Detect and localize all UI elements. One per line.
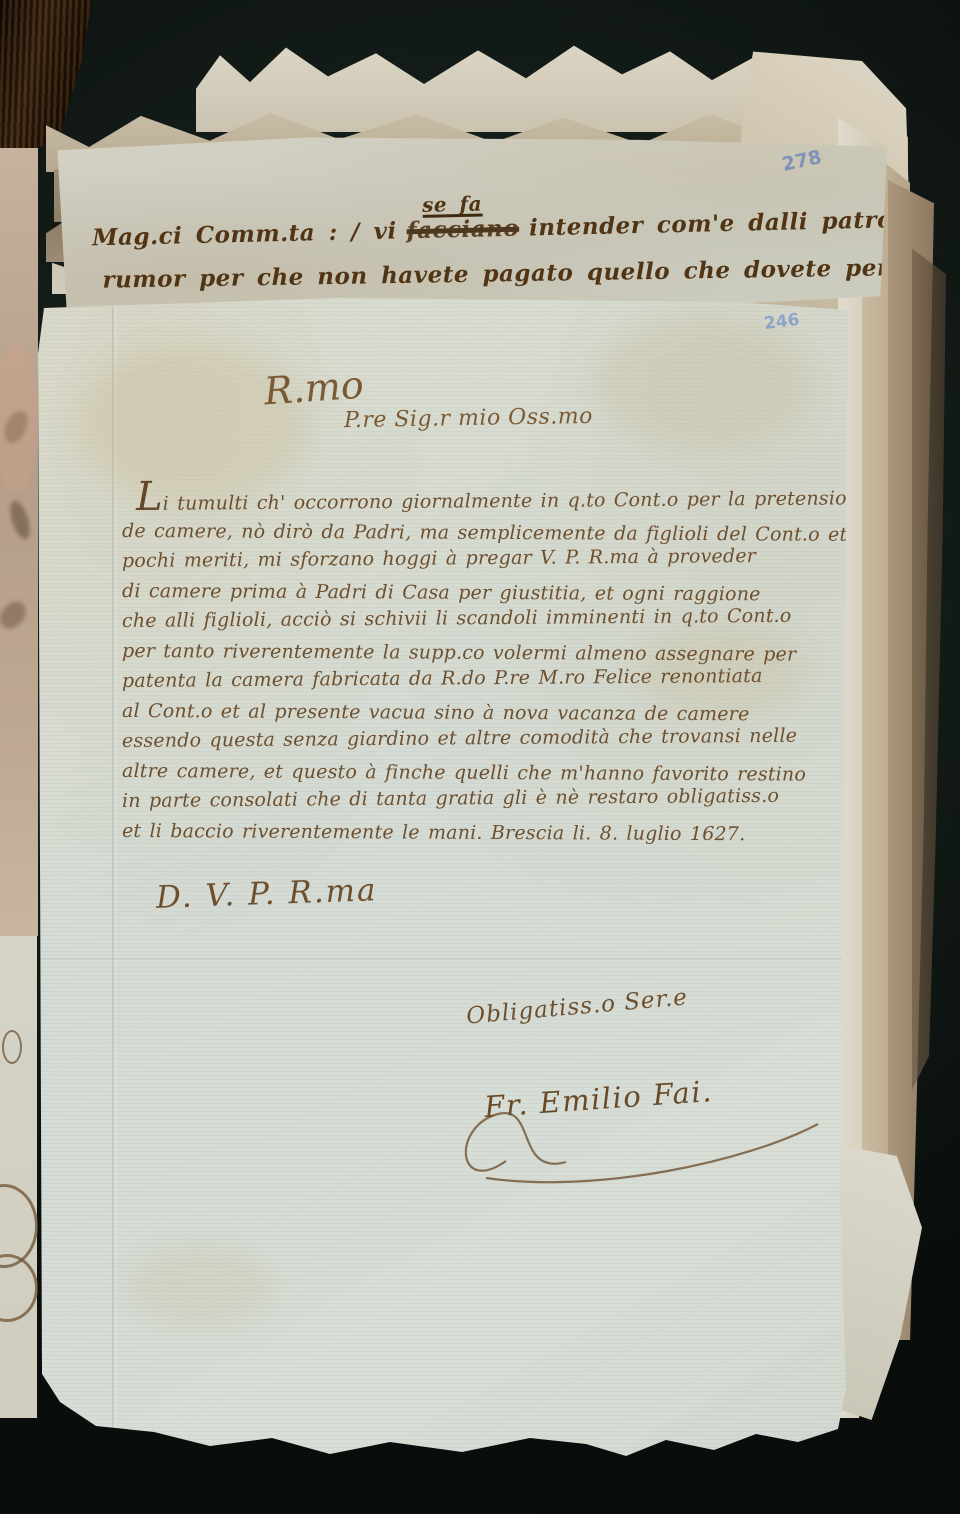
letter-closing: Obligatiss.o Ser.e — [465, 984, 689, 1029]
letter-salutation-initial: R.mo — [263, 363, 365, 414]
letter-body-line: Li tumulti ch' occorrono giornalmente in… — [136, 480, 838, 516]
page-stack-right-edges — [838, 110, 960, 1425]
letter-body-line: patenta la camera fabricata da R.do P.re… — [122, 660, 838, 696]
struck-word: facciano — [406, 215, 519, 245]
letter-salutation: P.re Sig.r mio Oss.mo — [344, 404, 593, 433]
folio-number-246: 246 — [763, 310, 801, 334]
underpage-ink-flourish — [2, 1030, 22, 1064]
ink-bleedthrough-mark — [6, 499, 34, 542]
letter-body-line: in parte consolati che di tanta gratia g… — [122, 780, 838, 816]
letter-valediction: D. V. P. R.ma — [155, 872, 378, 916]
inserted-word: se fa — [422, 194, 483, 218]
letter-page: 246 R.mo P.re Sig.r mio Oss.mo Li tumult… — [38, 294, 850, 1468]
letter-body-line: et li baccio riverentemente le mani. Bre… — [122, 816, 838, 850]
annotation-slip: Mag.ci Comm.ta : / vise fafaccianointend… — [57, 132, 889, 317]
paper-stain — [126, 1244, 276, 1329]
letter-body-line: che alli figlioli, acciò si schivii li s… — [122, 600, 838, 636]
horizontal-fold-crease — [38, 958, 850, 961]
annotation-line-1-prefix: Mag.ci Comm.ta : / vi — [92, 217, 397, 251]
strikethrough-correction: se fafacciano — [406, 215, 519, 245]
underpage-ink-flourish — [0, 1254, 38, 1322]
annotation-line-1: Mag.ci Comm.ta : / vise fafaccianointend… — [92, 201, 960, 251]
underpage-left-sliver — [0, 148, 38, 936]
letter-body: Li tumulti ch' occorrono giornalmente in… — [122, 486, 838, 846]
archive-photo-scene: Mag.ci Comm.ta : / vise fafaccianointend… — [0, 0, 960, 1514]
underpage-left-sliver-lower — [0, 936, 37, 1418]
annotation-line-2-text: rumor per che non havete pagato quello c… — [102, 251, 960, 293]
edge-strip-shadow — [912, 240, 946, 1090]
paper-stain — [598, 318, 808, 448]
letter-body-line: pochi meriti, mi sforzano hoggi à pregar… — [122, 540, 838, 576]
ink-bleedthrough-mark — [0, 596, 31, 633]
annotation-line-2: rumor per che non havete pagato quello c… — [102, 251, 960, 293]
letter-body-line: essendo questa senza giardino et altre c… — [122, 720, 838, 756]
paper-discoloration — [0, 344, 38, 494]
